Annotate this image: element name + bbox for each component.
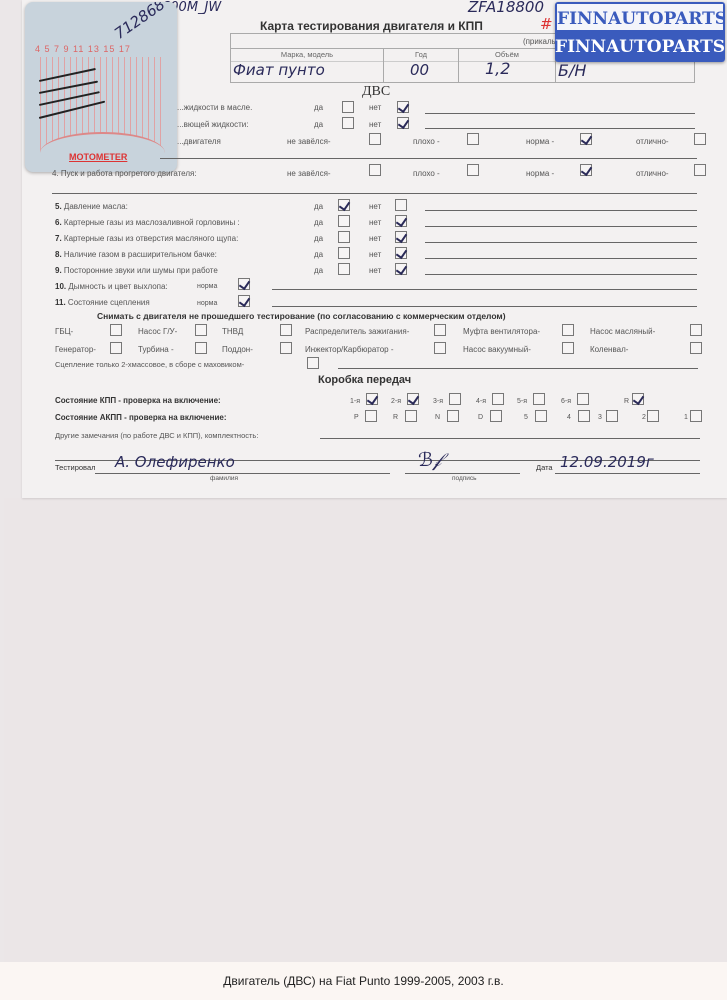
manual-gearbox-label: Состояние КПП - проверка на включение: xyxy=(55,396,221,405)
auto-gear-label: 3 xyxy=(598,414,602,421)
auto-gear-label: 2 xyxy=(642,414,646,421)
option-label: плохо - xyxy=(413,137,440,146)
manual-gear-label: 3-я xyxy=(433,398,443,405)
tested-by-label: Тестировал xyxy=(55,463,96,472)
auto-gearbox-label: Состояние АКПП - проверка на включение: xyxy=(55,413,226,422)
handwritten-vin: ZFA18800 xyxy=(468,0,544,16)
remove-section-title: Снимать с двигателя не прошедшего тестир… xyxy=(97,311,506,321)
yes-label: да xyxy=(314,202,323,211)
engine-check-label: 5. Давление масла: xyxy=(55,202,128,211)
auto-gear-checkbox[interactable] xyxy=(490,410,502,422)
norm-label: норма xyxy=(197,283,217,290)
auto-gear-checkbox[interactable] xyxy=(535,410,547,422)
start-cold-normal[interactable] xyxy=(580,133,592,145)
remove-part-checkbox[interactable] xyxy=(690,324,702,336)
exhaust-label: Дымность и цвет выхлопа: xyxy=(68,282,167,291)
engine-check-no[interactable] xyxy=(395,199,407,211)
engine-check-no[interactable] xyxy=(395,215,407,227)
yes-label: да xyxy=(314,103,323,112)
engine-check-text: Наличие газом в расширительном бачке: xyxy=(64,250,217,259)
item-number: 6. xyxy=(55,218,62,227)
note-line xyxy=(425,274,697,275)
engine-check-label: 9. Посторонние звуки или шумы при работе xyxy=(55,266,218,275)
signature-mark: ℬ𝒻 xyxy=(418,449,441,471)
manual-gear-label: 4-я xyxy=(476,398,486,405)
manual-gear-checkbox[interactable] xyxy=(632,393,644,405)
tested-by-value: А. Олефиренко xyxy=(115,453,235,471)
start-warm-label: 4. Пуск и работа прогретого двигателя: xyxy=(52,169,197,178)
motometer-card: 4 5 7 9 11 13 15 17 MOTOMETER 712868 xyxy=(25,2,177,172)
auto-gear-label: 1 xyxy=(684,414,688,421)
option-label: не завёлся- xyxy=(287,169,331,178)
note-line xyxy=(425,128,695,129)
note-line xyxy=(272,289,697,290)
clutch-label: Состояние сцепления xyxy=(68,298,150,307)
remove-part-checkbox[interactable] xyxy=(562,342,574,354)
start-cold-not-started[interactable] xyxy=(369,133,381,145)
engine-check-text: Картерные газы из маслозаливной горловин… xyxy=(64,218,240,227)
auto-gear-checkbox[interactable] xyxy=(365,410,377,422)
remove-part-label: Муфта вентилятора- xyxy=(463,327,540,336)
item-number: 10. xyxy=(55,282,66,291)
manual-gear-label: 1-я xyxy=(350,398,360,405)
option-label: норма - xyxy=(526,137,554,146)
remove-part-checkbox[interactable] xyxy=(110,342,122,354)
option-label: не завёлся- xyxy=(287,137,331,146)
gearbox-section-title: Коробка передач xyxy=(318,374,411,386)
manual-gear-label: 6-я xyxy=(561,398,571,405)
signature-line xyxy=(405,473,520,474)
note-line xyxy=(338,368,698,369)
form-title: Карта тестирования двигателя и КПП xyxy=(260,19,483,33)
auto-gear-label: P xyxy=(354,414,359,421)
auto-gear-checkbox[interactable] xyxy=(606,410,618,422)
item-number: 8. xyxy=(55,250,62,259)
engine-check-yes[interactable] xyxy=(338,215,350,227)
item-number: 9. xyxy=(55,266,62,275)
blank-page-area xyxy=(4,498,727,962)
remove-part-checkbox[interactable] xyxy=(280,324,292,336)
no-label: нет xyxy=(369,120,381,129)
yes-label: да xyxy=(314,234,323,243)
engine-check-no[interactable] xyxy=(395,247,407,259)
remove-part-checkbox[interactable] xyxy=(195,324,207,336)
auto-gear-checkbox[interactable] xyxy=(647,410,659,422)
engine-check-label: 7. Картерные газы из отверстия масляного… xyxy=(55,234,238,243)
manual-gear-checkbox[interactable] xyxy=(449,393,461,405)
auto-gear-checkbox[interactable] xyxy=(447,410,459,422)
norm-label: норма xyxy=(197,300,217,307)
remove-part-checkbox[interactable] xyxy=(110,324,122,336)
divider xyxy=(160,158,697,159)
remove-part-label: Насос Г/У- xyxy=(138,327,177,336)
start-warm-excellent[interactable] xyxy=(694,164,706,176)
surname-caption: фамилия xyxy=(210,475,238,482)
yes-label: да xyxy=(314,250,323,259)
clutch-norm-checkbox[interactable] xyxy=(238,295,250,307)
check-top2-yes[interactable] xyxy=(342,117,354,129)
engine-check-no[interactable] xyxy=(395,263,407,275)
check-top2-no[interactable] xyxy=(397,117,409,129)
option-label: отлично- xyxy=(636,169,669,178)
no-label: нет xyxy=(369,250,381,259)
remove-part-checkbox[interactable] xyxy=(280,342,292,354)
stock-number: 712868 xyxy=(111,2,168,43)
auto-gear-checkbox[interactable] xyxy=(690,410,702,422)
note-line xyxy=(425,242,697,243)
clutch-dual-mass-label: Сцепление только 2-хмассовое, в сборе с … xyxy=(55,360,244,369)
motometer-scale: 4 5 7 9 11 13 15 17 xyxy=(35,44,131,54)
auto-gear-label: D xyxy=(478,414,483,421)
signature-line xyxy=(95,473,390,474)
date-line xyxy=(555,473,700,474)
remove-part-label: Поддон- xyxy=(222,345,253,354)
engine-section-title: ДВС xyxy=(362,84,390,100)
image-caption: Двигатель (ДВС) на Fiat Punto 1999-2005,… xyxy=(0,962,727,1000)
model-value: Фиат пунто xyxy=(233,61,325,79)
engine-check-label: 8. Наличие газом в расширительном бачке: xyxy=(55,250,217,259)
start-cold-bad[interactable] xyxy=(467,133,479,145)
note-line xyxy=(425,226,697,227)
clutch-dual-mass-checkbox[interactable] xyxy=(307,357,319,369)
option-label: отлично- xyxy=(636,137,669,146)
yes-label: да xyxy=(314,120,323,129)
item-number: 11. xyxy=(55,298,66,307)
auto-gear-label: 4 xyxy=(567,414,571,421)
start-warm-normal[interactable] xyxy=(580,164,592,176)
watermark-line1: FINNAUTOPARTS xyxy=(555,2,725,32)
manual-gear-checkbox[interactable] xyxy=(577,393,589,405)
engine-check-yes[interactable] xyxy=(338,199,350,211)
start-cold-label: ...двигателя xyxy=(177,137,221,146)
auto-gear-checkbox[interactable] xyxy=(578,410,590,422)
engine-check-yes[interactable] xyxy=(338,247,350,259)
start-warm-not-started[interactable] xyxy=(369,164,381,176)
exhaust-norm-checkbox[interactable] xyxy=(238,278,250,290)
no-label: нет xyxy=(369,234,381,243)
engine-check-text: Давление масла: xyxy=(64,202,128,211)
divider xyxy=(52,193,697,194)
check-label: ...жидкости в масле. xyxy=(177,103,252,112)
remove-part-label: ТНВД xyxy=(222,327,243,336)
auto-gear-label: R xyxy=(393,414,398,421)
remove-part-label: Распределитель зажигания- xyxy=(305,327,409,336)
date-value: 12.09.2019г xyxy=(560,453,654,471)
motometer-brand: MOTOMETER xyxy=(69,152,127,162)
manual-gear-checkbox[interactable] xyxy=(533,393,545,405)
auto-gear-checkbox[interactable] xyxy=(405,410,417,422)
remove-part-checkbox[interactable] xyxy=(562,324,574,336)
volume-value: 1,2 xyxy=(485,59,510,78)
item-number: 5. xyxy=(55,202,62,211)
note-line xyxy=(425,210,697,211)
remove-part-checkbox[interactable] xyxy=(434,324,446,336)
remove-part-checkbox[interactable] xyxy=(434,342,446,354)
no-label: нет xyxy=(369,266,381,275)
manual-gear-checkbox[interactable] xyxy=(407,393,419,405)
note-line xyxy=(425,258,697,259)
finnautoparts-watermark: FINNAUTOPARTS FINNAUTOPARTS xyxy=(555,2,725,62)
auto-gear-label: 5 xyxy=(524,414,528,421)
no-label: нет xyxy=(369,202,381,211)
watermark-line2: FINNAUTOPARTS xyxy=(555,32,725,62)
signature-caption: подпись xyxy=(452,475,477,482)
start-cold-excellent[interactable] xyxy=(694,133,706,145)
manual-gear-label: R xyxy=(624,398,629,405)
remove-part-label: Насос вакуумный- xyxy=(463,345,531,354)
engine-check-text: Посторонние звуки или шумы при работе xyxy=(64,266,218,275)
remove-part-checkbox[interactable] xyxy=(195,342,207,354)
remove-part-label: Генератор- xyxy=(55,345,96,354)
date-label: Дата xyxy=(536,463,553,472)
note-line xyxy=(425,113,695,114)
manual-gear-label: 5-я xyxy=(517,398,527,405)
no-label: нет xyxy=(369,103,381,112)
option-label: плохо - xyxy=(413,169,440,178)
no-label: нет xyxy=(369,218,381,227)
other-notes-label: Другие замечания (по работе ДВС и КПП), … xyxy=(55,431,258,440)
option-label: норма - xyxy=(526,169,554,178)
engine-check-no[interactable] xyxy=(395,231,407,243)
extra-value: Б/Н xyxy=(558,61,586,80)
item-number: 7. xyxy=(55,234,62,243)
remove-part-label: Насос масляный- xyxy=(590,327,655,336)
handwritten-red-mark: # xyxy=(540,15,553,33)
check-label: ...вющей жидкости: xyxy=(177,120,248,129)
remove-part-label: Турбина - xyxy=(138,345,174,354)
engine-check-yes[interactable] xyxy=(338,231,350,243)
engine-check-yes[interactable] xyxy=(338,263,350,275)
auto-gear-label: N xyxy=(435,414,440,421)
engine-check-text: Картерные газы из отверстия масляного щу… xyxy=(64,234,238,243)
manual-gear-label: 2-я xyxy=(391,398,401,405)
manual-gear-checkbox[interactable] xyxy=(366,393,378,405)
remove-part-label: Инжектор/Карбюратор - xyxy=(305,345,393,354)
remove-part-label: Коленвал- xyxy=(590,345,628,354)
remove-part-label: ГБЦ- xyxy=(55,327,73,336)
check-top1-yes[interactable] xyxy=(342,101,354,113)
year-value: 00 xyxy=(410,61,429,79)
note-line xyxy=(320,438,700,439)
note-line xyxy=(272,306,697,307)
start-warm-bad[interactable] xyxy=(467,164,479,176)
remove-part-checkbox[interactable] xyxy=(690,342,702,354)
manual-gear-checkbox[interactable] xyxy=(492,393,504,405)
yes-label: да xyxy=(314,266,323,275)
check-top1-no[interactable] xyxy=(397,101,409,113)
yes-label: да xyxy=(314,218,323,227)
engine-check-label: 6. Картерные газы из маслозаливной горло… xyxy=(55,218,240,227)
